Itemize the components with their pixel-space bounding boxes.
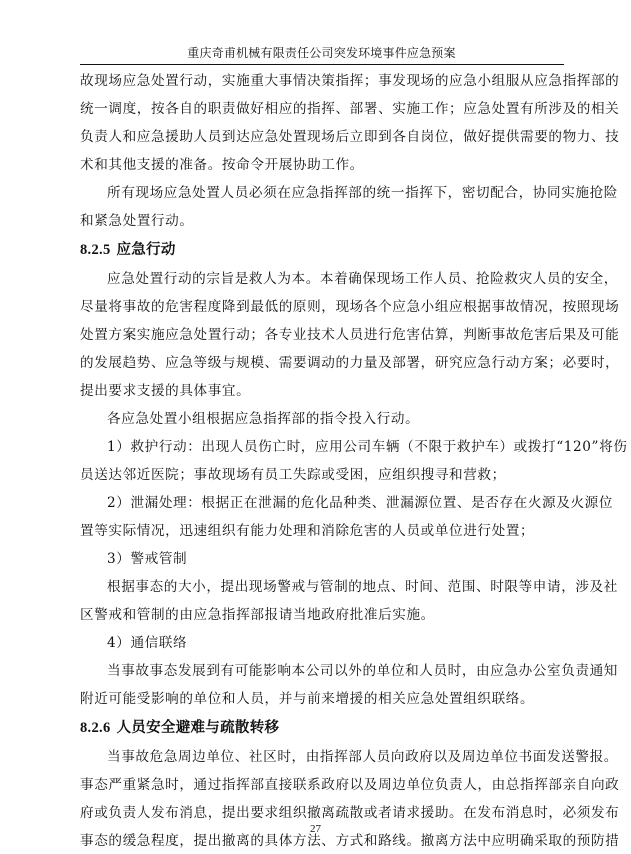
page-number: 27 xyxy=(0,823,631,835)
body-line: 处置方案实施应急处置行动；各专业技术人员进行危害估算，判断事故危害后果及可能 xyxy=(80,321,563,349)
body-line: 统一调度，按各自的职责做好相应的指挥、部署、实施工作；应急处置有所涉及的相关 xyxy=(80,95,563,123)
body-line: 尽量将事故的危害程度降到最低的原则，现场各个应急小组应根据事故情况，按照现场 xyxy=(80,293,563,321)
body-line: 和紧急处置行动。 xyxy=(80,207,563,235)
document-page: 重庆奇甫机械有限责任公司突发环境事件应急预案 故现场应急处置行动，实施重大事情决… xyxy=(0,0,631,854)
body-line: 当事故事态发展到有可能影响本公司以外的单位和人员时，由应急办公室负责通知 xyxy=(80,657,563,685)
section-heading-8-2-5: 8.2.5应急行动 xyxy=(80,235,563,265)
section-number: 8.2.5 xyxy=(80,242,111,258)
body-line: 区警戒和管制的由应急指挥部报请当地政府批准后实施。 xyxy=(80,601,563,629)
list-item-rescue: 1）救护行动：出现人员伤亡时，应用公司车辆（不限于救护车）或拨打“120”将伤 xyxy=(80,433,563,461)
body-line: 应急处置行动的宗旨是救人为本。本着确保现场工作人员、抢险救灾人员的安全， xyxy=(80,265,563,293)
header-divider xyxy=(80,64,564,65)
section-number: 8.2.6 xyxy=(80,720,111,736)
body-line: 负责人和应急援助人员到达应急处置现场后立即到各自岗位，做好提供需要的物力、技 xyxy=(80,123,563,151)
list-item-leak: 2）泄漏处理：根据正在泄漏的危化品种类、泄漏源位置、是否存在火源及火源位 xyxy=(80,489,563,517)
body-line: 员送达邻近医院；事故现场有员工失踪或受困，应组织搜寻和营救； xyxy=(80,461,563,489)
section-heading-8-2-6: 8.2.6人员安全避难与疏散转移 xyxy=(80,713,563,743)
body-line: 所有现场应急处置人员必须在应急指挥部的统一指挥下，密切配合，协同实施抢险 xyxy=(80,179,563,207)
body-line: 各应急处置小组根据应急指挥部的指令投入行动。 xyxy=(80,405,563,433)
list-item-cordon-title: 3）警戒管制 xyxy=(80,545,563,573)
body-line: 故现场应急处置行动，实施重大事情决策指挥；事发现场的应急小组服从应急指挥部的 xyxy=(80,67,563,95)
body-line: 附近可能受影响的单位和人员，并与前来增援的相关应急处置组织联络。 xyxy=(80,685,563,713)
body-line: 的发展趋势、应急等级与规模、需要调动的力量及部署，研究应急行动方案；必要时， xyxy=(80,349,563,377)
list-item-communication-title: 4）通信联络 xyxy=(80,629,563,657)
body-line: 置等实际情况，迅速组织有能力处理和消除危害的人员或单位进行处置； xyxy=(80,517,563,545)
body-line: 事态严重紧急时，通过指挥部直接联系政府以及周边单位负责人，由总指挥部亲自向政 xyxy=(80,771,563,799)
body-line: 当事故危急周边单位、社区时，由指挥部人员向政府以及周边单位书面发送警报。 xyxy=(80,743,563,771)
page-body: 故现场应急处置行动，实施重大事情决策指挥；事发现场的应急小组服从应急指挥部的 统… xyxy=(80,67,563,854)
section-title: 应急行动 xyxy=(117,242,176,258)
body-line: 术和其他支援的准备。按命令开展协助工作。 xyxy=(80,151,563,179)
body-line: 根据事态的大小，提出现场警戒与管制的地点、时间、范围、时限等申请，涉及社 xyxy=(80,573,563,601)
body-line: 提出要求支援的具体事宜。 xyxy=(80,377,563,405)
running-header-title: 重庆奇甫机械有限责任公司突发环境事件应急预案 xyxy=(80,46,563,60)
section-title: 人员安全避难与疏散转移 xyxy=(117,720,280,736)
